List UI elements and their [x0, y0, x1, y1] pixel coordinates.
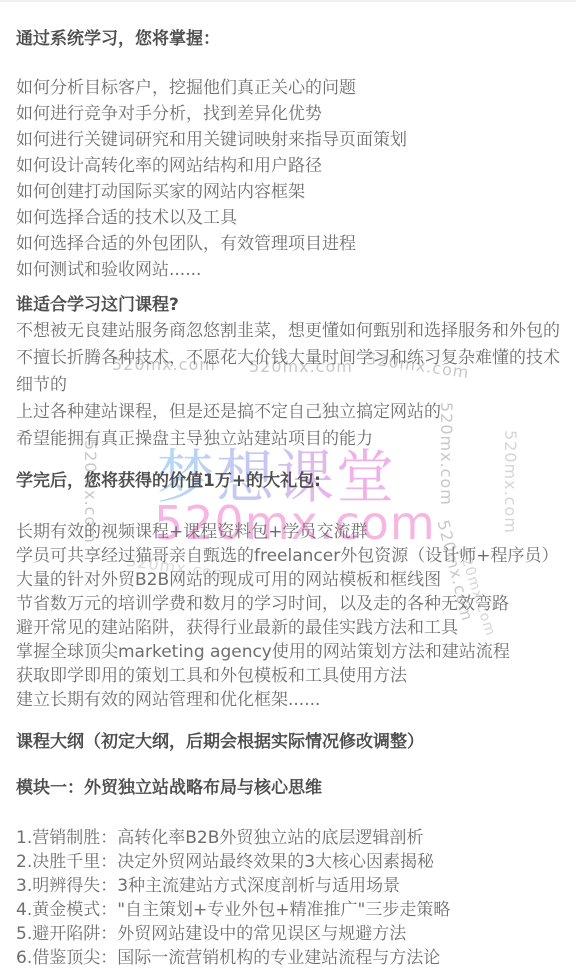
list-item: 1.营销制胜：高转化率B2B外贸独立站的底层逻辑剖析 [16, 826, 561, 850]
section-heading-bonus-package: 学完后，您将获得的价值1万+的大礼包: [16, 468, 561, 494]
list-item: 如何选择合适的技术以及工具 [16, 205, 561, 231]
section-heading-course-outline: 课程大纲（初定大纲，后期会根据实际情况修改调整） [16, 729, 561, 755]
list-item: 不擅长折腾各种技术，不愿花大价钱大量时间学习和练习复杂难懂的技术细节的 [16, 345, 561, 399]
bonus-package-list: 长期有效的视频课程+课程资料包+学员交流群 学员可共享经过猫哥亲自甄选的free… [16, 520, 561, 712]
list-item: 建立长期有效的网站管理和优化框架...... [16, 688, 561, 712]
list-item: 不想被无良建站服务商忽悠割韭菜，想更懂如何甄别和选择服务和外包的 [16, 318, 561, 345]
list-item: 大量的针对外贸B2B网站的现成可用的网站模板和框线图 [16, 568, 561, 592]
list-item: 如何创建打动国际买家的网站内容框架 [16, 179, 561, 205]
list-item: 避开常见的建站陷阱，获得行业最新的最佳实践方法和工具 [16, 616, 561, 640]
list-item: 4.黄金模式："自主策划+专业外包+精准推广"三步走策略 [16, 898, 561, 922]
list-item: 5.避开陷阱：外贸网站建设中的常见误区与规避方法 [16, 922, 561, 946]
list-item: 长期有效的视频课程+课程资料包+学员交流群 [16, 520, 561, 544]
list-item: 如何选择合适的外包团队，有效管理项目进程 [16, 231, 561, 257]
list-item: 如何分析目标客户，挖掘他们真正关心的问题 [16, 75, 561, 101]
course-content: 通过系统学习，您将掌握： 如何分析目标客户，挖掘他们真正关心的问题 如何进行竞争… [16, 26, 561, 970]
list-item: 获取即学即用的策划工具和外包模板和工具使用方法 [16, 664, 561, 688]
list-item: 如何进行竞争对手分析，找到差异化优势 [16, 101, 561, 127]
list-item: 上过各种建站课程，但是还是搞不定自己独立搞定网站的 [16, 399, 561, 426]
list-item: 节省数万元的培训学费和数月的学习时间，以及走的各种无效弯路 [16, 592, 561, 616]
list-item: 6.借鉴顶尖：国际一流营销机构的专业建站流程与方法论 [16, 946, 561, 970]
list-item: 如何测试和验收网站...... [16, 257, 561, 283]
section-heading-learning-outcomes: 通过系统学习，您将掌握： [16, 26, 561, 52]
list-item: 2.决胜千里：决定外贸网站最终效果的3大核心因素揭秘 [16, 850, 561, 874]
module-1-lesson-list: 1.营销制胜：高转化率B2B外贸独立站的底层逻辑剖析 2.决胜千里：决定外贸网站… [16, 826, 561, 970]
section-heading-target-audience: 谁适合学习这门课程? [16, 292, 561, 318]
list-item: 如何设计高转化率的网站结构和用户路径 [16, 153, 561, 179]
list-item: 如何进行关键词研究和用关键词映射来指导页面策划 [16, 127, 561, 153]
learning-outcomes-list: 如何分析目标客户，挖掘他们真正关心的问题 如何进行竞争对手分析，找到差异化优势 … [16, 75, 561, 283]
list-item: 3.明辨得失：3种主流建站方式深度剖析与适用场景 [16, 874, 561, 898]
section-heading-module-1: 模块一：外贸独立站战略布局与核心思维 [16, 775, 561, 801]
course-description-page: 520mx.com 520mx.com 520mx.com 520mx.com … [0, 0, 576, 971]
list-item: 掌握全球顶尖marketing agency使用的网站策划方法和建站流程 [16, 640, 561, 664]
target-audience-list: 不想被无良建站服务商忽悠割韭菜，想更懂如何甄别和选择服务和外包的 不擅长折腾各种… [16, 318, 561, 453]
list-item: 希望能拥有真正操盘主导独立站建站项目的能力 [16, 426, 561, 453]
list-item: 学员可共享经过猫哥亲自甄选的freelancer外包资源（设计师+程序员） [16, 544, 561, 568]
